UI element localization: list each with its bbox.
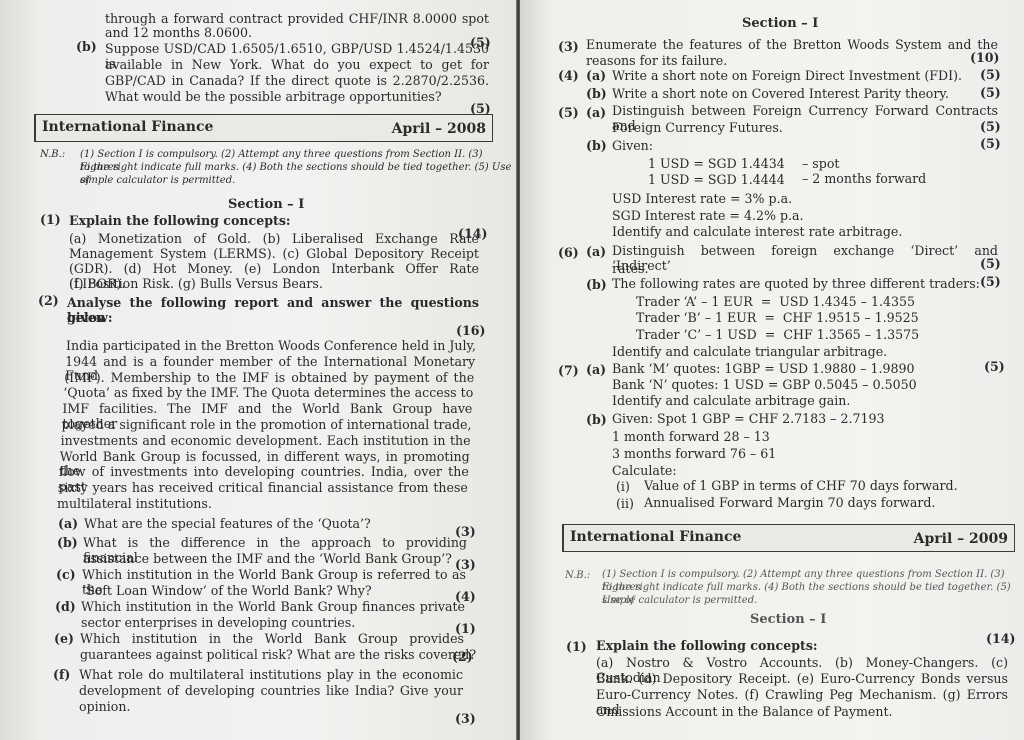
q7b-line: Calculate: [612,464,677,479]
q7b-line: 1 month forward 28 – 13 [612,430,770,445]
subquestion-label: (b) [57,536,78,551]
passage-line: India participated in the Bretton Woods … [66,339,476,354]
q7b-label: (b) [586,413,607,428]
left-page: through a forward contract provided CHF/… [0,0,520,740]
q7a-line: Bank ‘N’ quotes: 1 USD = GBP 0.5045 – 0.… [612,378,917,393]
subquestion-line: Which institution in the World Bank Grou… [81,600,465,615]
nb-line: simple calculator is permitted. [80,175,235,188]
q2-heading-2: below: [67,311,113,326]
q5b-interest: USD Interest rate = 3% p.a. [612,192,792,207]
q5b-rate-note: – spot [802,157,839,172]
q1-heading: Explain the following concepts: [596,639,818,654]
subquestion-line: guarantees against political risk? What … [80,648,476,663]
q7a-marks: (5) [984,360,1005,375]
banner-title: International Finance [42,119,213,135]
q3-number: (3) [558,40,579,55]
subquestion-line: What role do multilateral institutions p… [79,668,463,683]
q5b-rate: 1 USD = SGD 1.4444 [648,173,785,188]
passage-line: investments and economic development. Ea… [61,434,471,449]
subquestion-label: (e) [54,632,74,647]
q5b-given: Given: [612,139,653,154]
subquestion-label: (a) [58,517,78,532]
q5-number: (5) [558,106,579,121]
q4a-label: (a) [586,69,606,84]
q6b-trader: Trader ‘C’ – 1 USD = CHF 1.3565 – 1.3575 [636,328,919,343]
q2-marks: (16) [456,324,485,339]
q1-line: (f) Position Risk. (g) Bulls Versus Bear… [69,277,323,292]
passage-line: (IMF). Membership to the IMF is obtained… [64,371,474,386]
q4-number: (4) [558,69,579,84]
q1-marks: (14) [986,632,1015,647]
q7a-line: Bank ‘M’ quotes: 1GBP = USD 1.9880 – 1.9… [612,362,915,377]
subquestion-line: opinion. [79,700,131,715]
subquestion-marks: (3) [455,712,476,727]
q5b-label: (b) [586,139,607,154]
exam-banner-2009: International Finance April – 2009 [562,524,1015,552]
exam-banner-2008: International Finance April – 2008 [34,114,493,142]
q7b-line: Given: Spot 1 GBP = CHF 2.7183 – 2.7193 [612,412,885,427]
q4b-marks: (5) [980,86,1001,101]
q6a-line: rates. [612,262,649,277]
q7b-item-text: Value of 1 GBP in terms of CHF 70 days f… [644,479,958,494]
q5b-interest: SGD Interest rate = 4.2% p.a. [612,209,804,224]
q4a-text: Write a short note on Foreign Direct Inv… [612,69,962,84]
q5a-label: (a) [586,106,606,121]
q6a-label: (a) [586,245,606,260]
nb-line: simple calculator is permitted. [602,595,757,608]
q6b-trader: Trader ‘B’ – 1 EUR = CHF 1.9515 – 1.9525 [636,311,919,326]
nb-label: N.B.: [40,149,65,160]
passage-line: sixty years has received critical financ… [58,481,468,496]
nb-label: N.B.: [565,570,590,581]
banner-date: April – 2009 [914,531,1008,547]
fragment-line-2: and 12 months 8.0600. [105,26,252,41]
q5b-marks: (5) [980,137,1001,152]
banner-title: International Finance [570,529,741,545]
q1-line: Bank. (d) Depository Receipt. (e) Euro-C… [596,672,1008,687]
q3-marks: (10) [970,51,999,66]
subquestion-label: (c) [56,568,76,583]
prev-q-b-line: What would be the possible arbitrage opp… [105,90,442,105]
passage-line: played a significant role in the promoti… [62,418,472,433]
q3-line: reasons for its failure. [586,54,727,69]
subquestion-line: assistance between the IMF and the ‘Worl… [83,552,452,567]
q6a-marks: (5) [980,257,1001,272]
subquestion-line: What are the special features of the ‘Qu… [84,517,371,532]
q7b-line: 3 months forward 76 – 61 [612,447,776,462]
q5b-rate-note: – 2 months forward [802,172,926,187]
banner-date: April – 2008 [392,121,486,137]
q3-line: Enumerate the features of the Bretton Wo… [586,38,998,53]
q6b-task: Identify and calculate triangular arbitr… [612,345,887,360]
q1-number: (1) [566,640,587,655]
q5b-rate: 1 USD = SGD 1.4434 [648,157,785,172]
q4a-marks: (5) [980,68,1001,83]
subquestion-line: sector enterprises in developing countri… [81,616,355,631]
q6a-line: Distinguish between foreign exchange ‘Di… [612,244,998,273]
q7a-label: (a) [586,363,606,378]
subquestion-line: ‘Soft Loan Window’ of the World Bank? Wh… [82,584,372,599]
q7b-item-label: (i) [616,480,630,495]
q1-line: Management System (LERMS). (c) Global De… [69,247,479,262]
prev-q-b-line: available in New York. What do you expec… [105,58,489,73]
passage-line: ‘Quota’ as fixed by the IMF. The Quota d… [63,386,473,401]
q1-heading: Explain the following concepts: [69,214,291,229]
subquestion-label: (d) [55,600,76,615]
q1-line: Omissions Account in the Balance of Paym… [596,705,893,720]
q2-number: (2) [38,294,59,309]
q7b-item-label: (ii) [616,497,634,512]
q7a-line: Identify and calculate arbitrage gain. [612,394,850,409]
section-ii-title: Section – I [742,16,818,31]
passage-line: multilateral institutions. [57,497,212,512]
q5a-line: Foreign Currency Futures. [612,121,783,136]
q2-heading: Analyse the following report and answer … [67,296,479,325]
prev-q-b-label: (b) [76,40,97,55]
q6b-label: (b) [586,278,607,293]
subquestion-marks: (2) [452,650,473,665]
q6b-marks: (5) [980,275,1001,290]
q6b-intro: The following rates are quoted by three … [612,277,980,292]
q7-number: (7) [558,364,579,379]
right-page: Section – I (3) Enumerate the features o… [520,0,1024,740]
subquestion-line: Which institution in the World Bank Grou… [80,632,464,647]
section-title: Section – I [750,612,826,627]
prev-q-b-line: GBP/CAD in Canada? If the direct quote i… [105,74,489,89]
section-title: Section – I [228,197,304,212]
q4b-label: (b) [586,87,607,102]
q5a-marks: (5) [980,120,1001,135]
q5b-task: Identify and calculate interest rate arb… [612,225,902,240]
q7b-item-text: Annualised Forward Margin 70 days forwar… [644,496,935,511]
q6-number: (6) [558,246,579,261]
q4b-text: Write a short note on Covered Interest P… [612,87,949,102]
q1-number: (1) [40,213,61,228]
subquestion-label: (f) [53,668,70,683]
subquestion-line: development of developing countries like… [79,684,463,699]
q1-line: (a) Monetization of Gold. (b) Liberalise… [69,232,479,247]
q6b-trader: Trader ‘A’ – 1 EUR = USD 1.4345 – 1.4355 [636,295,915,310]
